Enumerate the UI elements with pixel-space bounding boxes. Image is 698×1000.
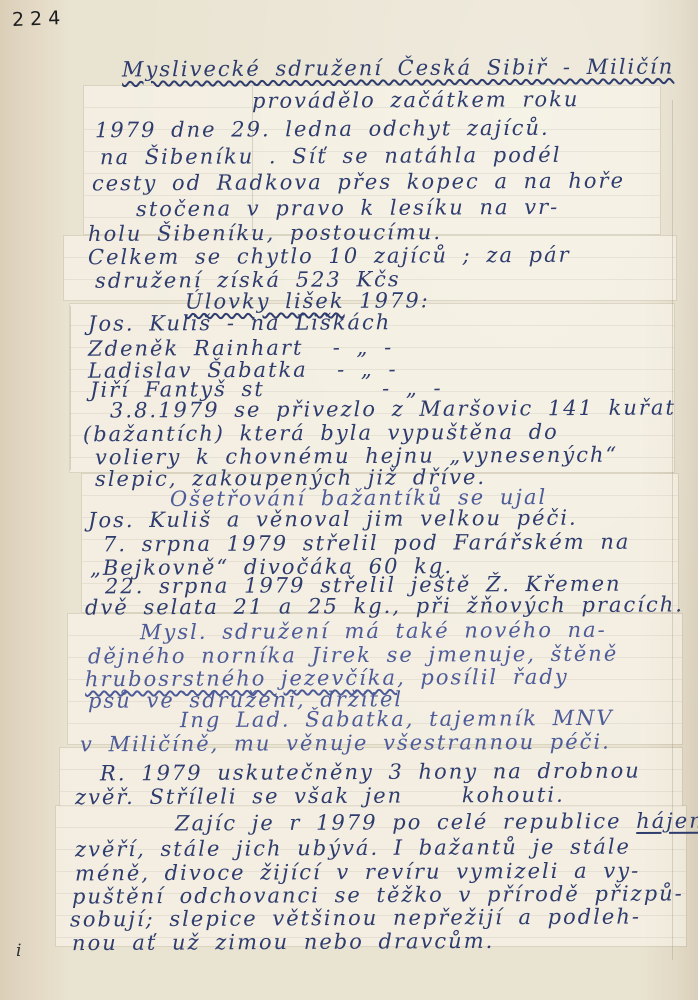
line-text: zvěř. Stříleli se však jen kohouti. bbox=[75, 783, 565, 810]
line-text: v Miličíně, mu věnuje všestrannou péči. bbox=[80, 730, 611, 757]
handwriting-line: provádělo začátkem roku bbox=[252, 87, 580, 113]
handwriting-line: Zajíc je r 1979 po celé republice hájeno… bbox=[175, 809, 698, 836]
line-text: dvě selata 21 a 25 kg., při žňových prac… bbox=[85, 592, 684, 619]
line-text: nou ať už zimou nebo dravcům. bbox=[72, 929, 494, 955]
handwriting-line: 3.8.1979 se přivezlo z Maršovic 141 kuřa… bbox=[110, 396, 676, 423]
line-text: Jos. Kuliš - na Liškách bbox=[88, 310, 391, 336]
line-text: Ing Lad. Šabatka, tajemník MNV bbox=[180, 706, 614, 732]
line-text: 1979: bbox=[344, 288, 429, 312]
line-text: cesty od Radkova přes kopec a na hoře bbox=[92, 169, 625, 196]
line-text: (bažantích) která byla vypuštěna do bbox=[83, 420, 559, 446]
handwriting-line: na Šibeníku . Síť se natáhla podél bbox=[100, 143, 562, 169]
line-text: 7. srpna 1979 střelil pod Farářském na bbox=[103, 530, 630, 557]
line-text: holu Šibeníku, postoucímu. bbox=[88, 220, 442, 246]
strip-edge-line bbox=[70, 306, 71, 470]
line-text: sobují; slepice většinou nepřežijí a pod… bbox=[70, 905, 641, 932]
line-text: , posílil řady bbox=[397, 665, 569, 690]
line-text: hájenou bbox=[636, 809, 698, 834]
handwriting-line: Mysl. sdružení má také nového na- bbox=[140, 618, 607, 644]
line-text: 1979 dne 29. ledna odchyt zajíců. bbox=[95, 116, 550, 142]
page-number: 224 bbox=[12, 7, 67, 31]
line-text: Myslivecké sdružení Česká Sibiř - Miličí… bbox=[122, 55, 674, 82]
handwriting-line: Ing Lad. Šabatka, tajemník MNV bbox=[180, 706, 614, 732]
line-text: na Šibeníku . Síť se natáhla podél bbox=[100, 143, 562, 169]
handwriting-line: 7. srpna 1979 střelil pod Farářském na bbox=[103, 530, 630, 557]
line-text: R. 1979 uskutečněny 3 hony na drobnou bbox=[100, 759, 641, 786]
handwriting-line: dvě selata 21 a 25 kg., při žňových prac… bbox=[85, 592, 684, 619]
handwriting-line: sobují; slepice většinou nepřežijí a pod… bbox=[70, 905, 641, 932]
handwriting-line: R. 1979 uskutečněny 3 hony na drobnou bbox=[100, 759, 641, 786]
handwriting-line: nou ať už zimou nebo dravcům. bbox=[72, 929, 494, 955]
line-text: Celkem se chytlo 10 zajíců ; za pár bbox=[88, 243, 571, 270]
handwriting-line: (bažantích) která byla vypuštěna do bbox=[83, 420, 559, 446]
page-title: Myslivecké sdružení Česká Sibiř - Miličí… bbox=[122, 55, 674, 82]
handwriting-line: holu Šibeníku, postoucímu. bbox=[88, 220, 442, 246]
handwriting-line: zvěř. Stříleli se však jen kohouti. bbox=[75, 783, 565, 810]
line-text: Mysl. sdružení má také nového na- bbox=[140, 618, 607, 644]
chronicle-page: 224 Myslivecké sdružení Česká Sibiř - Mi… bbox=[0, 0, 698, 1000]
handwriting-line: v Miličíně, mu věnuje všestrannou péči. bbox=[80, 730, 611, 757]
handwriting-line: Celkem se chytlo 10 zajíců ; za pár bbox=[88, 243, 571, 270]
line-text: 3.8.1979 se přivezlo z Maršovic 141 kuřa… bbox=[110, 396, 676, 423]
handwriting-line: stočena v pravo k lesíku na vr- bbox=[136, 195, 559, 221]
handwriting-line: cesty od Radkova přes kopec a na hoře bbox=[92, 169, 625, 196]
handwriting-line: Jos. Kuliš a věnoval jim velkou péči. bbox=[88, 506, 578, 533]
line-text: provádělo začátkem roku bbox=[252, 87, 580, 113]
handwriting-line: Jos. Kuliš - na Liškách bbox=[88, 310, 391, 336]
line-text: Jos. Kuliš a věnoval jim velkou péči. bbox=[88, 506, 578, 533]
line-text: zvěří, stále jich ubývá. I bažantů je st… bbox=[75, 835, 631, 862]
margin-mark: i bbox=[16, 941, 21, 961]
line-text: Zajíc je r 1979 po celé republice bbox=[175, 809, 636, 835]
handwriting-line: 1979 dne 29. ledna odchyt zajíců. bbox=[95, 116, 550, 142]
handwriting-line: zvěří, stále jich ubývá. I bažantů je st… bbox=[75, 835, 631, 862]
line-text: stočena v pravo k lesíku na vr- bbox=[136, 195, 559, 221]
